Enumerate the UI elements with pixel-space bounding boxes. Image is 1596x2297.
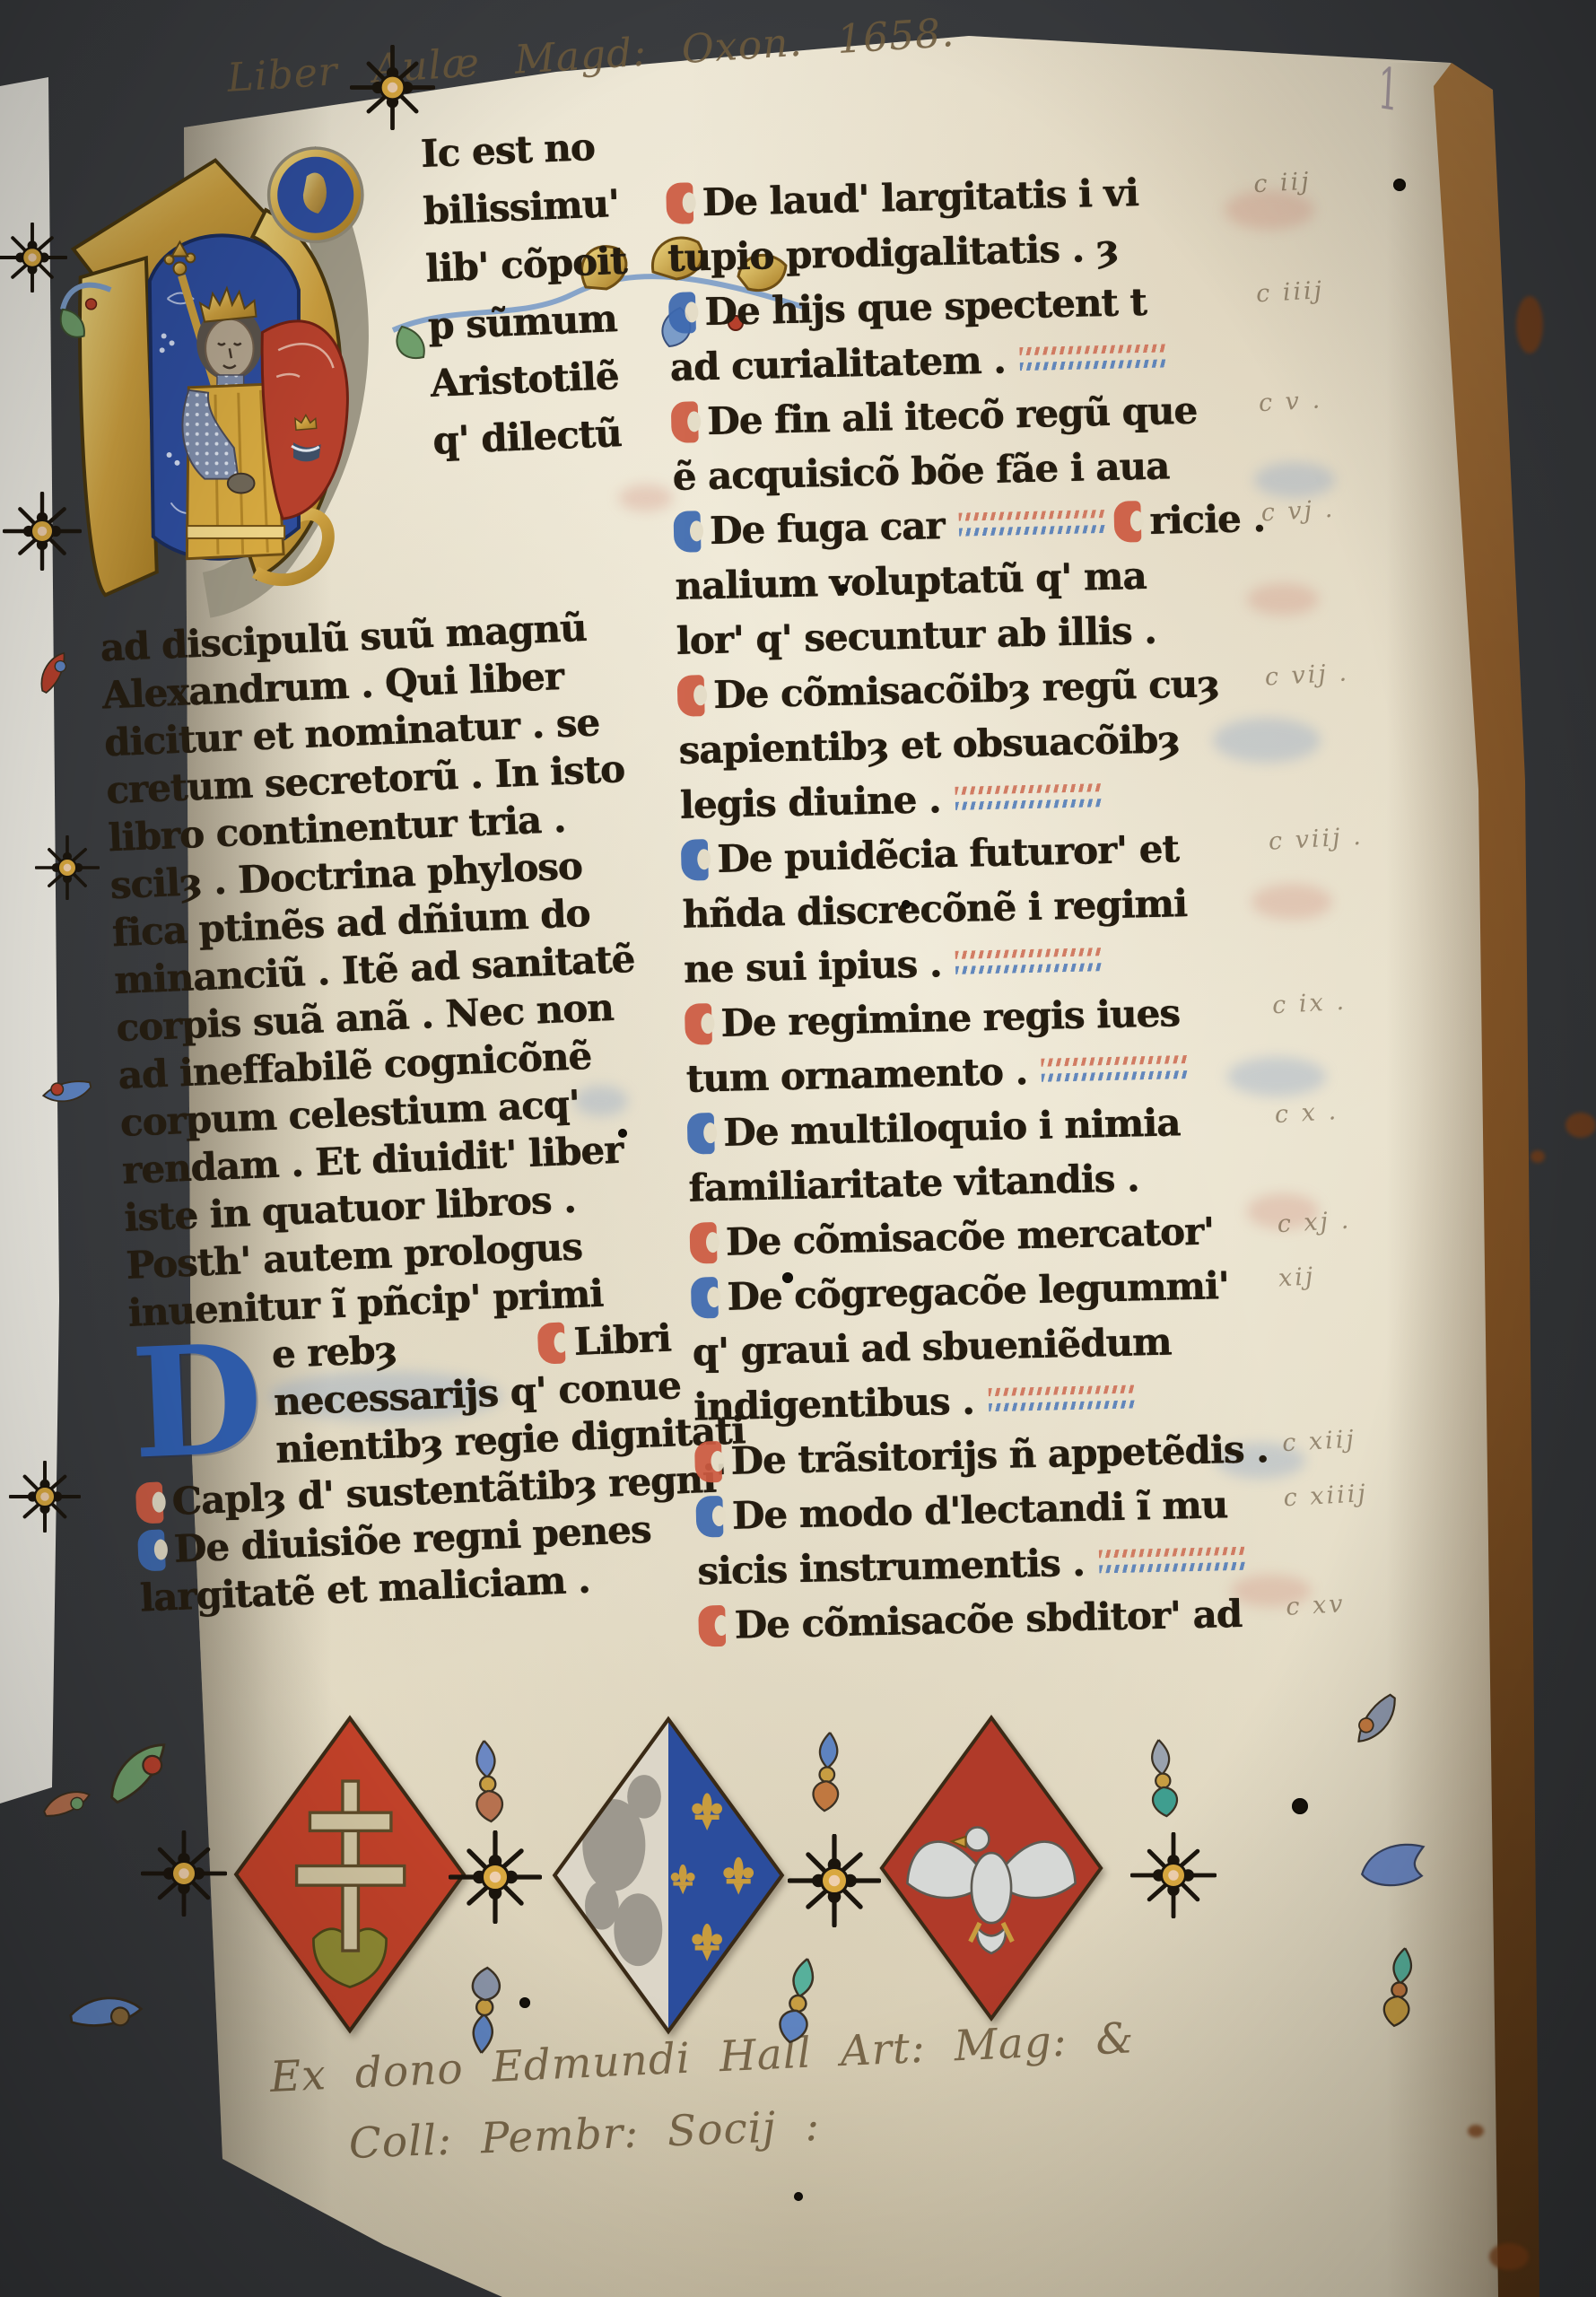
line-text: tupio prodigalitatis . ȝ xyxy=(667,226,1119,280)
line-text: p sũmum xyxy=(427,296,617,348)
gold-starburst xyxy=(449,1830,542,1924)
line-filler xyxy=(1098,1547,1247,1574)
fleuron xyxy=(441,1735,534,1828)
rust-stain xyxy=(1531,1150,1545,1163)
fleuron xyxy=(783,1728,871,1816)
fleuron xyxy=(1119,1734,1208,1823)
line-filler xyxy=(958,510,1107,537)
paraph-mark-red xyxy=(685,1003,712,1045)
line-text: De laud' largitatis i vi xyxy=(702,170,1138,224)
margin-chapter-number: c vij . xyxy=(1264,659,1350,691)
paraph-mark-red xyxy=(537,1323,566,1365)
blue-leaf-moth xyxy=(1356,1824,1436,1905)
margin-chapter-number: c viij . xyxy=(1268,823,1364,856)
arms-poland-lozenge xyxy=(875,1705,1108,2031)
gold-starburst xyxy=(35,835,100,900)
line-text: sapientibȝ et obsuacõibȝ xyxy=(678,717,1180,773)
paraph-mark-blue xyxy=(695,1496,723,1538)
margin-chapter-number: c ix . xyxy=(1271,988,1347,1020)
paraph-mark-red xyxy=(689,1222,717,1264)
arms-france-lozenge xyxy=(547,1712,789,2039)
line-text: De fuga car xyxy=(709,503,945,553)
line-text: ẽ acquisicõ bõe fãe i aua xyxy=(672,443,1170,499)
line-text: indigentibus . xyxy=(693,1379,975,1429)
bleed-through-ghost xyxy=(1254,462,1335,498)
left-text-column: Ic est nobilissimu'lib' cõpoitp sũmumAri… xyxy=(79,117,708,1622)
line-text: Libri xyxy=(573,1316,672,1364)
line-text: De regimine regis iues xyxy=(720,991,1180,1045)
line-text: De cõmisacõe mercator' xyxy=(725,1209,1214,1263)
paraph-mark-red xyxy=(1113,501,1141,543)
line-gap xyxy=(397,1357,531,1362)
line-text: q' graui ad sbueniẽdum xyxy=(692,1320,1172,1375)
wormhole xyxy=(794,2192,803,2201)
gold-starburst xyxy=(9,1461,81,1533)
line-text: De modo d'lectandi ĩ mu xyxy=(731,1482,1227,1538)
line-text: nalium voluptatũ q' ma xyxy=(675,554,1147,608)
wormhole xyxy=(782,1272,793,1283)
paraph-mark-blue xyxy=(137,1529,166,1571)
margin-chapter-number: c iiij xyxy=(1255,276,1325,308)
paraph-mark-red xyxy=(677,675,705,717)
bleed-through-ghost xyxy=(1247,583,1319,616)
line-text: De cõmisacõe sbditor' ad xyxy=(734,1592,1242,1647)
rust-stain xyxy=(1468,2125,1484,2137)
gold-starburst xyxy=(1130,1832,1217,1918)
leaf-spray xyxy=(86,1719,188,1821)
line-text: hñda discrecõnẽ i regimi xyxy=(682,881,1187,937)
margin-chapter-number: c v . xyxy=(1258,386,1323,417)
fleuron xyxy=(1353,1941,1446,2034)
gold-starburst xyxy=(141,1830,227,1917)
line-text: De hijs que spectent t xyxy=(704,280,1147,334)
line-text: Ic est no xyxy=(420,125,596,176)
line-text: ad curialitatem . xyxy=(669,337,1006,389)
folio-number: 1 xyxy=(1376,56,1400,125)
fleuron xyxy=(437,1962,533,2058)
margin-chapter-number: c xiiij xyxy=(1283,1480,1369,1512)
paraph-mark-blue xyxy=(691,1277,719,1319)
line-text: familiaritate vitandis . xyxy=(688,1156,1139,1210)
rust-stain xyxy=(1489,2243,1529,2270)
wormhole xyxy=(839,584,848,593)
rust-stain xyxy=(1516,296,1543,354)
paraph-mark-red xyxy=(698,1605,726,1647)
line-text: lor' q' secuntur ab illis . xyxy=(676,608,1156,663)
line-filler xyxy=(1042,1055,1190,1082)
paraph-mark-blue xyxy=(668,292,696,334)
wormhole xyxy=(618,1129,627,1138)
line-filler xyxy=(955,783,1103,810)
fleuron xyxy=(746,1948,852,2055)
margin-chapter-number: xij xyxy=(1278,1262,1316,1292)
line-text: ricie . xyxy=(1149,496,1266,543)
line-text: bilissimu' xyxy=(423,181,620,233)
line-text: legis diuine . xyxy=(679,777,941,827)
paraph-mark-blue xyxy=(673,511,701,553)
gold-starburst xyxy=(0,223,67,293)
line-text: De multiloquio i nimia xyxy=(723,1100,1181,1155)
line-text: ne sui ipius . xyxy=(684,941,942,991)
line-filler xyxy=(955,948,1104,974)
rust-stain xyxy=(1565,1113,1596,1138)
line-filler xyxy=(988,1384,1137,1411)
line-text: q' dilectũ xyxy=(432,411,622,463)
gold-starburst xyxy=(350,45,435,130)
leaf-spray xyxy=(54,1958,159,2063)
margin-chapter-number: c vj . xyxy=(1260,495,1336,528)
margin-chapter-number: c xiij xyxy=(1281,1425,1356,1457)
paraph-mark-blue xyxy=(687,1113,715,1155)
paraph-mark-blue xyxy=(681,839,709,881)
margin-chapter-number: c x . xyxy=(1274,1097,1339,1129)
leaf-spray xyxy=(35,1770,98,1833)
paraph-mark-red xyxy=(666,182,693,224)
arms-hungary-lozenge xyxy=(229,1707,471,2042)
line-text: De puidẽcia futuror' et xyxy=(717,826,1179,881)
line-text: De cõgregacõe legummi' xyxy=(727,1263,1229,1319)
gold-starburst xyxy=(788,1834,881,1927)
line-text: tum ornamento . xyxy=(685,1049,1027,1101)
gold-starburst xyxy=(3,492,82,571)
right-text-column: De laud' largitatis i vic iijtupio prodi… xyxy=(666,163,1260,1654)
line-filler xyxy=(1019,344,1168,371)
paraph-mark-red xyxy=(671,401,699,443)
margin-chapter-number: c xv xyxy=(1286,1590,1347,1621)
line-text: lib' cõpoit xyxy=(424,239,627,291)
line-text: e rebȝ xyxy=(271,1327,397,1376)
wormhole xyxy=(1292,1798,1308,1814)
line-text: Aristotilẽ xyxy=(430,354,620,406)
margin-chapter-number: c iij xyxy=(1253,168,1313,199)
paraph-mark-red xyxy=(694,1441,722,1483)
wormhole xyxy=(902,900,911,909)
line-text: De fin ali itecõ regũ que xyxy=(707,389,1198,443)
line-text: De cõmisacõibȝ regũ cuȝ xyxy=(713,661,1220,717)
photograph: Liber Aulæ Magd: Oxon. 1658. 1 xyxy=(0,0,1596,2297)
margin-chapter-number: c xj . xyxy=(1277,1207,1352,1239)
line-text: sicis instrumentis . xyxy=(697,1541,1086,1594)
bleed-through-ghost xyxy=(1252,884,1332,920)
wormhole xyxy=(519,1997,530,2008)
paraph-mark-red xyxy=(135,1481,164,1524)
wormhole xyxy=(1393,179,1406,191)
line-text: De trãsitorijs ñ appetẽdis . xyxy=(730,1427,1269,1483)
